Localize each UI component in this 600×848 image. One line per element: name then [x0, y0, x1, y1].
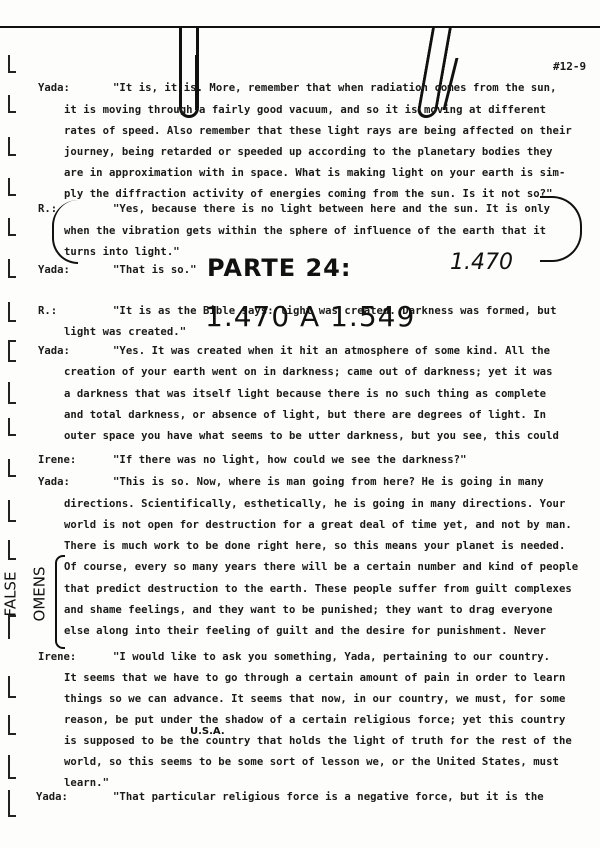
text-line: creation of your earth went on in darkne…	[64, 366, 553, 378]
text-line: "Yes, because there is no light between …	[113, 203, 550, 215]
text-line: "This is so. Now, where is man going fro…	[113, 476, 544, 488]
text-line: directions. Scientifically, esthetically…	[64, 498, 565, 510]
margin-bracket	[8, 382, 16, 404]
margin-bracket	[8, 259, 16, 278]
text-line: reason, be put under the shadow of a cer…	[64, 714, 565, 726]
text-line: "That particular religious force is a ne…	[113, 791, 544, 803]
handwritten-parte-label: PARTE 24:	[207, 254, 351, 282]
text-line: Of course, every so many years there wil…	[64, 561, 578, 573]
text-line: "That is so."	[113, 264, 197, 276]
text-line: and shame feelings, and they want to be …	[64, 604, 553, 616]
margin-bracket	[8, 418, 16, 436]
text-line: else along into their feeling of guilt a…	[64, 625, 546, 637]
text-line: is supposed to be the country that holds…	[64, 735, 572, 747]
margin-bracket	[8, 790, 16, 817]
margin-bracket	[8, 676, 16, 698]
margin-bracket	[8, 302, 16, 322]
speaker-label: Yada:	[38, 264, 70, 276]
text-line: rates of speed. Also remember that these…	[64, 125, 572, 137]
page-top-edge	[0, 26, 600, 28]
handwritten-bracket-right	[540, 196, 582, 262]
text-line: are in approximation with in space. What…	[64, 167, 565, 179]
handwritten-usa-note: U.S.A.	[190, 726, 225, 737]
page-number: #12-9	[553, 60, 586, 73]
margin-bracket	[8, 178, 16, 196]
text-line: "I would like to ask you something, Yada…	[113, 651, 550, 663]
handwritten-ref-single: 1.470	[450, 250, 513, 275]
margin-bracket	[8, 540, 16, 560]
text-line: There is much work to be done right here…	[64, 540, 565, 552]
text-line: that predict destruction to the earth. T…	[64, 583, 572, 595]
text-line: turns into light."	[64, 246, 180, 258]
margin-bracket	[8, 459, 16, 477]
text-line: journey, being retarded or speeded up ac…	[64, 146, 553, 158]
margin-bracket	[8, 95, 16, 113]
margin-bracket	[8, 500, 16, 522]
text-line: world is not open for destruction for a …	[64, 519, 572, 531]
text-line: ply the diffraction activity of energies…	[64, 188, 553, 200]
speaker-label: Yada:	[38, 82, 70, 94]
margin-bracket	[8, 218, 16, 236]
margin-bracket	[8, 55, 16, 73]
text-line: a darkness that was itself light because…	[64, 388, 546, 400]
text-line: when the vibration gets within the spher…	[64, 225, 546, 237]
margin-bracket	[8, 755, 16, 779]
text-line: "Yes. It was created when it hit an atmo…	[113, 345, 550, 357]
margin-bracket	[8, 715, 16, 735]
margin-bracket	[8, 340, 16, 362]
text-line: "It is, it is. More, remember that when …	[113, 82, 557, 94]
handwritten-margin-note-1: FALSE	[1, 572, 19, 617]
speaker-label: Yada:	[38, 476, 70, 488]
text-line: outer space you have what seems to be ut…	[64, 430, 559, 442]
text-line: world, so this seems to be some sort of …	[64, 756, 559, 768]
handwritten-ref-range: 1.470 A 1.549	[205, 300, 415, 333]
handwritten-brace	[55, 555, 65, 649]
text-line: and total darkness, or absence of light,…	[64, 409, 546, 421]
text-line: learn."	[64, 777, 109, 789]
text-line: things so we can advance. It seems that …	[64, 693, 565, 705]
margin-bracket	[8, 615, 16, 639]
speaker-label: R.:	[38, 305, 57, 317]
text-line: light was created."	[64, 326, 186, 338]
speaker-label: Yada:	[38, 345, 70, 357]
text-line: It seems that we have to go through a ce…	[64, 672, 565, 684]
handwritten-margin-note-2: OMENS	[30, 567, 48, 622]
scanned-page: #12-9 Yada: R.: Yada: R.: Yada: Irene: Y…	[0, 0, 600, 848]
margin-bracket	[8, 137, 16, 156]
text-line: it is moving through a fairly good vacuu…	[64, 104, 546, 116]
speaker-label: Yada:	[36, 791, 68, 803]
text-line: "If there was no light, how could we see…	[113, 454, 467, 466]
